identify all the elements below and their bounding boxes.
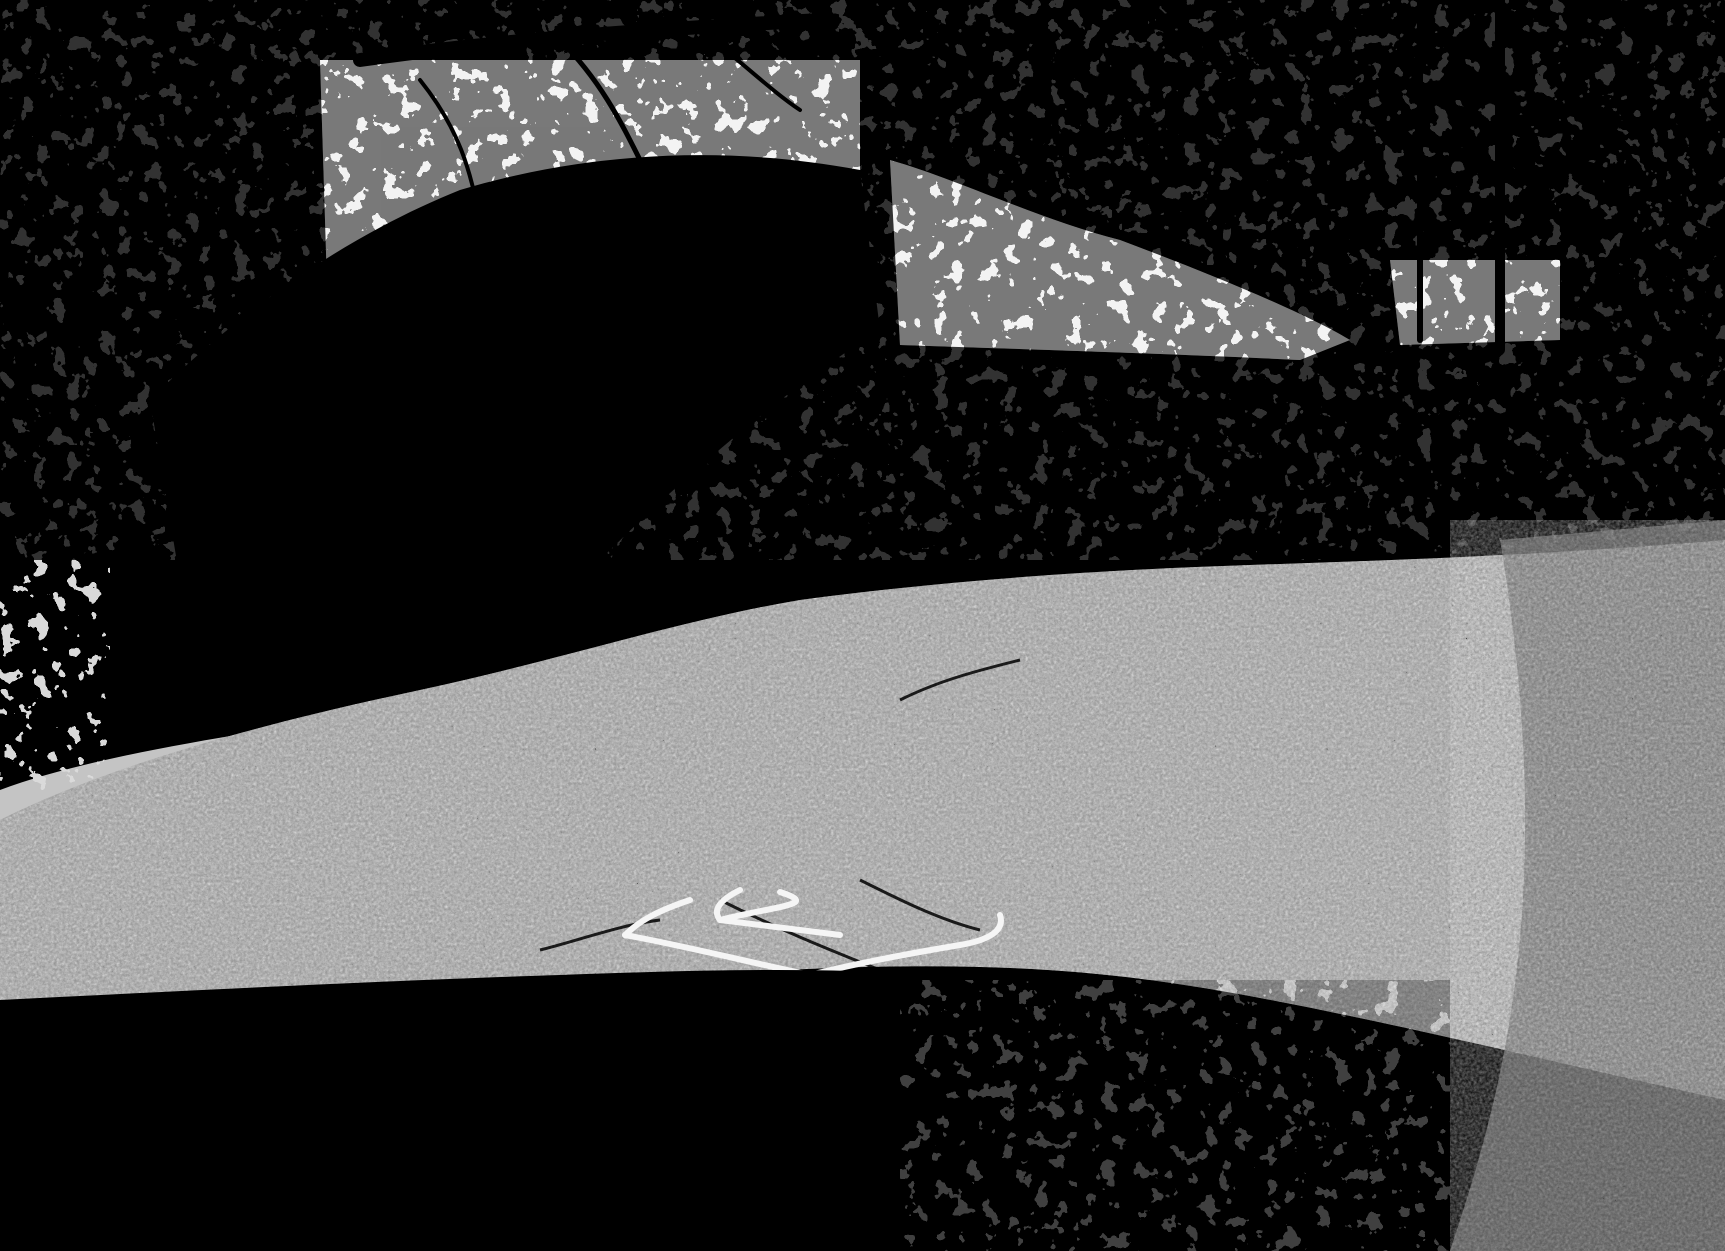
left-brush (0, 560, 110, 790)
photograph (0, 0, 1725, 1251)
